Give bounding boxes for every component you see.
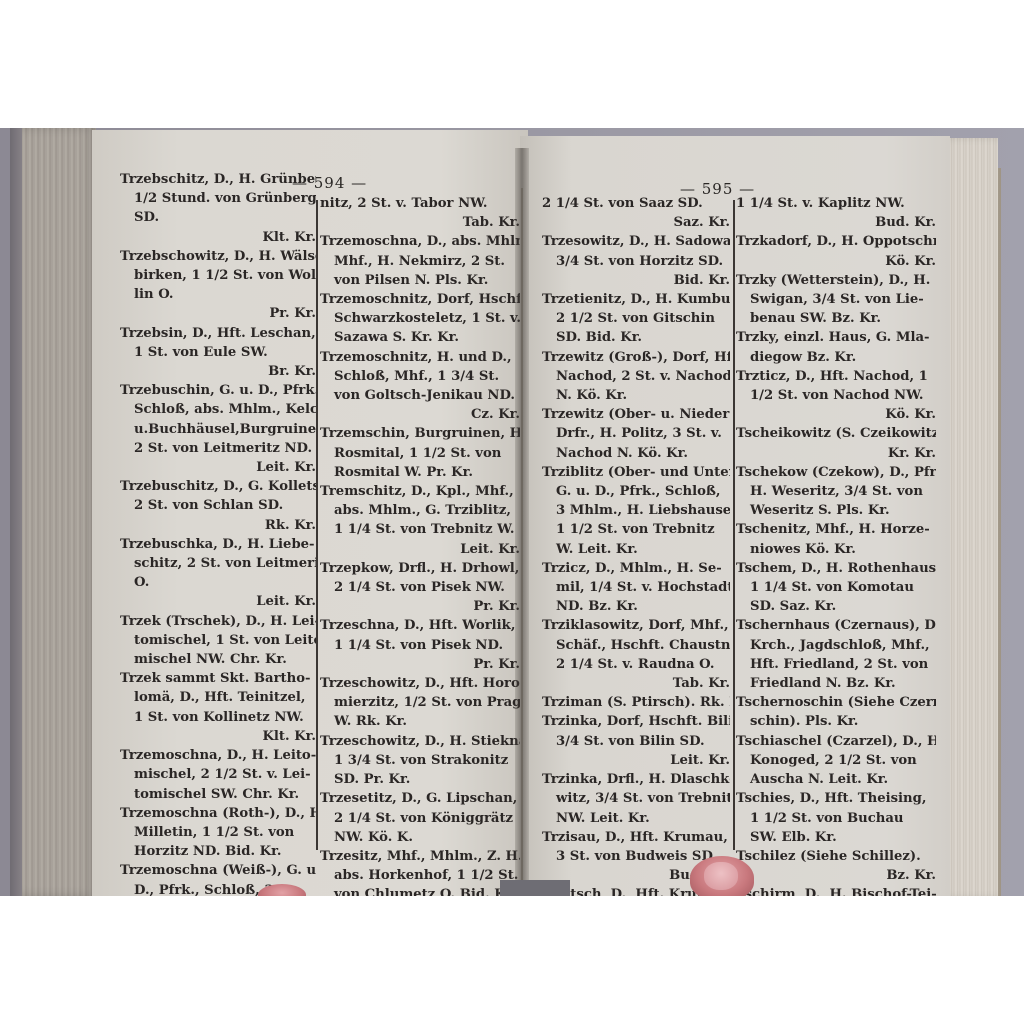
entry-line: NW. Kö. K. — [320, 828, 520, 847]
entry-headword-line: Trzkadorf, D., H. Oppotschna — [736, 232, 936, 251]
entry-line: Bud. Kr. — [736, 213, 936, 232]
gazetteer-entry: Trzemoschnitz, Dorf, Hschft.Schwarzkoste… — [320, 290, 520, 348]
gazetteer-entry: Tschilez (Siehe Schillez).Bz. Kr. — [736, 847, 936, 885]
entry-line: NW. Leit. Kr. — [542, 809, 730, 828]
left-page-column-a: Trzebschitz, D., H. Grünberg,1/2 Stund. … — [120, 170, 316, 896]
spine-shadow — [500, 880, 570, 896]
gazetteer-entry: Tschernoschin (Siehe Czerno-schin). Pls.… — [736, 693, 936, 731]
entry-line: mil, 1/4 St. v. Hochstadt — [542, 578, 730, 597]
entry-line: 1 1/2 St. von Buchau — [736, 809, 936, 828]
gazetteer-entry: Trziblitz (Ober- und Unter-),G. u. D., P… — [542, 463, 730, 559]
entry-headword-line: Tschirm, D., H. Bischof-Tei- — [736, 885, 936, 896]
entry-line: Milletin, 1 1/2 St. von — [120, 823, 316, 842]
entry-headword-line: Trzebuschin, G. u. D., Pfrk., — [120, 381, 316, 400]
entry-line: H. Weseritz, 3/4 St. von — [736, 482, 936, 501]
entry-line: birken, 1 1/2 St. von Wol- — [120, 266, 316, 285]
entry-line: Bz. Kr. — [736, 866, 936, 885]
entry-line: Pr. Kr. — [120, 304, 316, 323]
entry-headword-line: Tschekow (Czekow), D., Pfrk., — [736, 463, 936, 482]
entry-headword-line: Tremschitz, D., Kpl., Mhf., — [320, 482, 520, 501]
entry-headword-line: Trzisau, D., Hft. Krumau, — [542, 828, 730, 847]
entry-headword-line: Trzebuschka, D., H. Liebe- — [120, 535, 316, 554]
entry-line: Leit. Kr. — [542, 751, 730, 770]
entry-headword-line: Trzeschowitz, D., H. Stiekna, — [320, 732, 520, 751]
entry-line: Cz. Kr. — [320, 405, 520, 424]
gazetteer-entry: Trzebuschin, G. u. D., Pfrk.,Schloß, abs… — [120, 381, 316, 477]
entry-line: tomischel, 1 St. von Leito- — [120, 631, 316, 650]
entry-line: niowes Kö. Kr. — [736, 540, 936, 559]
entry-headword-line: Trzewitz (Groß-), Dorf, Hft. — [542, 348, 730, 367]
gazetteer-entry: Trzebschowitz, D., H. Wälsch-birken, 1 1… — [120, 247, 316, 324]
gazetteer-entry: Trzky (Wetterstein), D., H.Swigan, 3/4 S… — [736, 271, 936, 329]
entry-line: Weseritz S. Pls. Kr. — [736, 501, 936, 520]
entry-line: mischel, 2 1/2 St. v. Lei- — [120, 765, 316, 784]
gazetteer-entry: Trzemoschna, D., abs. Mhlm.,Mhf., H. Nek… — [320, 232, 520, 290]
column-divider — [316, 200, 318, 850]
entry-headword-line: Tschenitz, Mhf., H. Horze- — [736, 520, 936, 539]
entry-headword-line: Trzebschitz, D., H. Grünberg, — [120, 170, 316, 189]
gazetteer-entry: Trzkadorf, D., H. OppotschnaKö. Kr. — [736, 232, 936, 270]
entry-line: 1/2 St. von Nachod NW. — [736, 386, 936, 405]
entry-line: SD. Saz. Kr. — [736, 597, 936, 616]
entry-line: O. — [120, 573, 316, 592]
entry-line: lomä, D., Hft. Teinitzel, — [120, 688, 316, 707]
gazetteer-entry: Trzinka, Drfl., H. Dlaschko-witz, 3/4 St… — [542, 770, 730, 828]
entry-headword-line: Trzebuschitz, D., G. Kolletsch, — [120, 477, 316, 496]
entry-line: Nachod N. Kö. Kr. — [542, 444, 730, 463]
gazetteer-entry: Trzticz, D., Hft. Nachod, 11/2 St. von N… — [736, 367, 936, 425]
entry-headword-line: Trziman (S. Ptirsch). Rk. Kr. — [542, 693, 730, 712]
gazetteer-entry: Trzeschowitz, D., Hft. Horo-mierzitz, 1/… — [320, 674, 520, 732]
entry-line: lin O. — [120, 285, 316, 304]
entry-headword-line: Trzky, einzl. Haus, G. Mla- — [736, 328, 936, 347]
entry-line: SD. Pr. Kr. — [320, 770, 520, 789]
gazetteer-entry: nitz, 2 St. v. Tabor NW.Tab. Kr. — [320, 194, 520, 232]
entry-headword-line: Trzticz, D., Hft. Nachod, 1 — [736, 367, 936, 386]
gazetteer-entry: Tschernhaus (Czernaus), D.,Krch., Jagdsc… — [736, 616, 936, 693]
entry-line: 2 St. von Schlan SD. — [120, 496, 316, 515]
entry-headword-line: Trzinka, Drfl., H. Dlaschko- — [542, 770, 730, 789]
entry-line: 1 St. von Kollinetz NW. — [120, 708, 316, 727]
entry-line: Rosmital W. Pr. Kr. — [320, 463, 520, 482]
entry-line: Klt. Kr. — [120, 727, 316, 746]
entry-headword-line: Trzepkow, Drfl., H. Drhowl, — [320, 559, 520, 578]
entry-line: Schloß, abs. Mhlm., Kelch- — [120, 400, 316, 419]
entry-headword-line: Tscheikowitz (S. Czeikowitz). — [736, 424, 936, 443]
entry-line: SW. Elb. Kr. — [736, 828, 936, 847]
entry-line: W. Rk. Kr. — [320, 712, 520, 731]
entry-line: G. u. D., Pfrk., Schloß, — [542, 482, 730, 501]
entry-line: Leit. Kr. — [120, 458, 316, 477]
entry-line: 1 1/4 St. von Trebnitz W. — [320, 520, 520, 539]
gazetteer-entry: Trzek (Trschek), D., H. Lei-tomischel, 1… — [120, 612, 316, 670]
entry-headword-line: Trzetienitz, D., H. Kumburg, — [542, 290, 730, 309]
entry-line: Mhf., H. Nekmirz, 2 St. — [320, 252, 520, 271]
gazetteer-entry: Tschenitz, Mhf., H. Horze-niowes Kö. Kr. — [736, 520, 936, 558]
entry-line: witz, 3/4 St. von Trebnitz — [542, 789, 730, 808]
gazetteer-entry: Trziman (S. Ptirsch). Rk. Kr. — [542, 693, 730, 712]
gazetteer-entry: Tremschitz, D., Kpl., Mhf.,abs. Mhlm., G… — [320, 482, 520, 559]
left-page: — 594 — Trzebschitz, D., H. Grünberg,1/2… — [92, 130, 528, 896]
entry-headword-line: Tschernoschin (Siehe Czerno- — [736, 693, 936, 712]
entry-headword-line: Trzemoschna, D., abs. Mhlm., — [320, 232, 520, 251]
entry-headword-line: Tschies, D., Hft. Theising, — [736, 789, 936, 808]
entry-headword-line: Trzek (Trschek), D., H. Lei- — [120, 612, 316, 631]
entry-line: 2 1/2 St. von Gitschin — [542, 309, 730, 328]
entry-headword-line: Trziklasowitz, Dorf, Mhf., — [542, 616, 730, 635]
entry-line: von Chlumetz O. Bid. Kr. — [320, 885, 520, 896]
gazetteer-entry: Tschiaschel (Czarzel), D., H.Konoged, 2 … — [736, 732, 936, 790]
entry-headword-line: Trzesetitz, D., G. Lipschan, — [320, 789, 520, 808]
entry-headword-line: Trzinka, Dorf, Hschft. Bilin, — [542, 712, 730, 731]
entry-line: diegow Bz. Kr. — [736, 348, 936, 367]
gazetteer-entry: Tschies, D., Hft. Theising,1 1/2 St. von… — [736, 789, 936, 847]
entry-line: Br. Kr. — [120, 362, 316, 381]
entry-line: 1 3/4 St. von Strakonitz — [320, 751, 520, 770]
entry-line: benau SW. Bz. Kr. — [736, 309, 936, 328]
entry-line: Krch., Jagdschloß, Mhf., — [736, 636, 936, 655]
entry-line: 3 Mhlm., H. Liebshausen, — [542, 501, 730, 520]
entry-line: SD. Bid. Kr. — [542, 328, 730, 347]
entry-line: Horzitz ND. Bid. Kr. — [120, 842, 316, 861]
entry-line: abs. Horkenhof, 1 1/2 St. — [320, 866, 520, 885]
entry-line: Kö. Kr. — [736, 405, 936, 424]
entry-line: von Pilsen N. Pls. Kr. — [320, 271, 520, 290]
entry-headword-line: Tschem, D., H. Rothenhaus, — [736, 559, 936, 578]
column-divider — [733, 200, 735, 850]
gazetteer-entry: Trzemschin, Burgruinen, H.Rosmital, 1 1/… — [320, 424, 520, 482]
entry-line: schin). Pls. Kr. — [736, 712, 936, 731]
entry-headword-line: Trzewitz (Ober- u. Nieder-), — [542, 405, 730, 424]
entry-headword-line: Trzebsin, D., Hft. Leschan, — [120, 324, 316, 343]
gazetteer-entry: Trzeschowitz, D., H. Stiekna,1 3/4 St. v… — [320, 732, 520, 790]
entry-headword-line: Trziblitz (Ober- und Unter-), — [542, 463, 730, 482]
entry-headword-line: Trzek sammt Skt. Bartho- — [120, 669, 316, 688]
entry-line: von Goltsch-Jenikau ND. — [320, 386, 520, 405]
gazetteer-entry: Trzebuschitz, D., G. Kolletsch,2 St. von… — [120, 477, 316, 535]
entry-line: Drfr., H. Politz, 3 St. v. — [542, 424, 730, 443]
entry-line: 1/2 Stund. von Grünberg — [120, 189, 316, 208]
gazetteer-entry: Trziklasowitz, Dorf, Mhf.,Schäf., Hschft… — [542, 616, 730, 693]
entry-line: tomischel SW. Chr. Kr. — [120, 785, 316, 804]
right-page: — 595 — 2 1/4 St. von Saaz SD.Saz. Kr.Tr… — [520, 136, 950, 896]
gazetteer-entry: Trzetienitz, D., H. Kumburg,2 1/2 St. vo… — [542, 290, 730, 348]
gazetteer-entry: Tschem, D., H. Rothenhaus,1 1/4 St. von … — [736, 559, 936, 617]
entry-headword-line: Trzicz, D., Mhlm., H. Se- — [542, 559, 730, 578]
entry-headword-line: Trzemoschna (Weiß-), G. u. — [120, 861, 316, 880]
entry-line: Rosmital, 1 1/2 St. von — [320, 444, 520, 463]
book-photo: — 594 — Trzebschitz, D., H. Grünberg,1/2… — [0, 128, 1024, 896]
entry-line: Leit. Kr. — [320, 540, 520, 559]
right-page-column-a: 2 1/4 St. von Saaz SD.Saz. Kr.Trzesowitz… — [542, 194, 730, 896]
gazetteer-entry: Trzebschitz, D., H. Grünberg,1/2 Stund. … — [120, 170, 316, 247]
entry-headword-line: Trzeschna, D., Hft. Worlik, — [320, 616, 520, 635]
gazetteer-entry: Trzebuschka, D., H. Liebe-schitz, 2 St. … — [120, 535, 316, 612]
entry-headword-line: Trzky (Wetterstein), D., H. — [736, 271, 936, 290]
entry-headword-line: Tschilez (Siehe Schillez). — [736, 847, 936, 866]
entry-line: Klt. Kr. — [120, 228, 316, 247]
entry-line: Tab. Kr. — [542, 674, 730, 693]
entry-headword-line: Trzemoschna, D., H. Leito- — [120, 746, 316, 765]
gazetteer-entry: Trzicz, D., Mhlm., H. Se-mil, 1/4 St. v.… — [542, 559, 730, 617]
entry-line: Schwarzkosteletz, 1 St. v. — [320, 309, 520, 328]
entry-line: 2 1/4 St. v. Raudna O. — [542, 655, 730, 674]
entry-line: 1 St. von Eule SW. — [120, 343, 316, 362]
page-stack-left — [22, 128, 96, 896]
gazetteer-entry: Trzesetitz, D., G. Lipschan,2 1/4 St. vo… — [320, 789, 520, 847]
gazetteer-entry: Trzinka, Dorf, Hschft. Bilin,3/4 St. von… — [542, 712, 730, 770]
entry-line: mischel NW. Chr. Kr. — [120, 650, 316, 669]
entry-line: u.Buchhäusel,Burgruinen, — [120, 420, 316, 439]
entry-line: Saz. Kr. — [542, 213, 730, 232]
entry-line: abs. Mhlm., G. Trziblitz, — [320, 501, 520, 520]
entry-line: Nachod, 2 St. v. Nachod — [542, 367, 730, 386]
entry-headword-line: Trzemoschnitz, Dorf, Hschft. — [320, 290, 520, 309]
entry-line: 3/4 St. von Horzitz SD. — [542, 252, 730, 271]
entry-headword-line: Trzemschin, Burgruinen, H. — [320, 424, 520, 443]
entry-line: Kö. Kr. — [736, 252, 936, 271]
entry-line: Schäf., Hschft. Chaustnik, — [542, 636, 730, 655]
entry-line: Kr. Kr. — [736, 444, 936, 463]
entry-line: Tab. Kr. — [320, 213, 520, 232]
entry-line: 1 1/4 St. von Komotau — [736, 578, 936, 597]
entry-line: SD. — [120, 208, 316, 227]
entry-headword-line: Trzeschowitz, D., Hft. Horo- — [320, 674, 520, 693]
gazetteer-entry: 1 1/4 St. v. Kaplitz NW.Bud. Kr. — [736, 194, 936, 232]
entry-line: N. Kö. Kr. — [542, 386, 730, 405]
entry-line: Hft. Friedland, 2 St. von — [736, 655, 936, 674]
gazetteer-entry: Tscheikowitz (S. Czeikowitz).Kr. Kr. — [736, 424, 936, 462]
gazetteer-entry: Trzemoschnitz, H. und D.,Schloß, Mhf., 1… — [320, 348, 520, 425]
gazetteer-entry: Trzewitz (Groß-), Dorf, Hft.Nachod, 2 St… — [542, 348, 730, 406]
entry-line: Swigan, 3/4 St. von Lie- — [736, 290, 936, 309]
entry-headword-line: 2 1/4 St. von Saaz SD. — [542, 194, 730, 213]
entry-line: Bid. Kr. — [542, 271, 730, 290]
entry-line: 2 1/4 St. von Königgrätz — [320, 809, 520, 828]
entry-headword-line: Trzebschowitz, D., H. Wälsch- — [120, 247, 316, 266]
entry-line: Pr. Kr. — [320, 655, 520, 674]
gazetteer-entry: Trzesowitz, D., H. Sadowa,3/4 St. von Ho… — [542, 232, 730, 290]
entry-line: Rk. Kr. — [120, 516, 316, 535]
right-page-column-b: 1 1/4 St. v. Kaplitz NW.Bud. Kr.Trzkador… — [736, 194, 936, 896]
entry-headword-line: Tschernhaus (Czernaus), D., — [736, 616, 936, 635]
gazetteer-entry: Trzemoschna (Roth-), D., H.Milletin, 1 1… — [120, 804, 316, 862]
entry-line: 1 1/4 St. von Pisek ND. — [320, 636, 520, 655]
gazetteer-entry: Trzeschna, D., Hft. Worlik,1 1/4 St. von… — [320, 616, 520, 674]
entry-headword-line: Trzesitz, Mhf., Mhlm., Z. H. — [320, 847, 520, 866]
entry-line: 2 1/4 St. von Pisek NW. — [320, 578, 520, 597]
gazetteer-entry: Trzepkow, Drfl., H. Drhowl,2 1/4 St. von… — [320, 559, 520, 617]
entry-line: mierzitz, 1/2 St. von Prag — [320, 693, 520, 712]
gazetteer-entry: Trzewitz (Ober- u. Nieder-),Drfr., H. Po… — [542, 405, 730, 463]
gazetteer-entry: Tschirm, D., H. Bischof-Tei- — [736, 885, 936, 896]
entry-line: ND. Bz. Kr. — [542, 597, 730, 616]
gazetteer-entry: 2 1/4 St. von Saaz SD.Saz. Kr. — [542, 194, 730, 232]
thumb-right — [690, 856, 754, 896]
gazetteer-entry: Trzky, einzl. Haus, G. Mla-diegow Bz. Kr… — [736, 328, 936, 366]
entry-line: Konoged, 2 1/2 St. von — [736, 751, 936, 770]
entry-headword-line: Trzemoschna (Roth-), D., H. — [120, 804, 316, 823]
gutter-crease — [521, 188, 523, 888]
entry-line: Pr. Kr. — [320, 597, 520, 616]
entry-headword-line: Trzemoschnitz, H. und D., — [320, 348, 520, 367]
entry-headword-line: Tschiaschel (Czarzel), D., H. — [736, 732, 936, 751]
left-page-column-b: nitz, 2 St. v. Tabor NW.Tab. Kr.Trzemosc… — [320, 194, 520, 896]
entry-line: Leit. Kr. — [120, 592, 316, 611]
gazetteer-entry: Trzebsin, D., Hft. Leschan,1 St. von Eul… — [120, 324, 316, 382]
entry-line: schitz, 2 St. von Leitmeritz — [120, 554, 316, 573]
gazetteer-entry: Tschekow (Czekow), D., Pfrk.,H. Weseritz… — [736, 463, 936, 521]
entry-line: 1 1/2 St. von Trebnitz — [542, 520, 730, 539]
gazetteer-entry: Trzek sammt Skt. Bartho-lomä, D., Hft. T… — [120, 669, 316, 746]
entry-line: 3/4 St. von Bilin SD. — [542, 732, 730, 751]
entry-headword-line: Trzesowitz, D., H. Sadowa, — [542, 232, 730, 251]
entry-headword-line: nitz, 2 St. v. Tabor NW. — [320, 194, 520, 213]
entry-line: Schloß, Mhf., 1 3/4 St. — [320, 367, 520, 386]
thumbnail — [704, 862, 738, 890]
entry-line: 2 St. von Leitmeritz ND. — [120, 439, 316, 458]
entry-headword-line: 1 1/4 St. v. Kaplitz NW. — [736, 194, 936, 213]
entry-line: Auscha N. Leit. Kr. — [736, 770, 936, 789]
entry-line: W. Leit. Kr. — [542, 540, 730, 559]
entry-line: Friedland N. Bz. Kr. — [736, 674, 936, 693]
gazetteer-entry: Trzemoschna, D., H. Leito-mischel, 2 1/2… — [120, 746, 316, 804]
gazetteer-entry: Trzesitz, Mhf., Mhlm., Z. H.abs. Horkenh… — [320, 847, 520, 896]
entry-line: Sazawa S. Kr. Kr. — [320, 328, 520, 347]
